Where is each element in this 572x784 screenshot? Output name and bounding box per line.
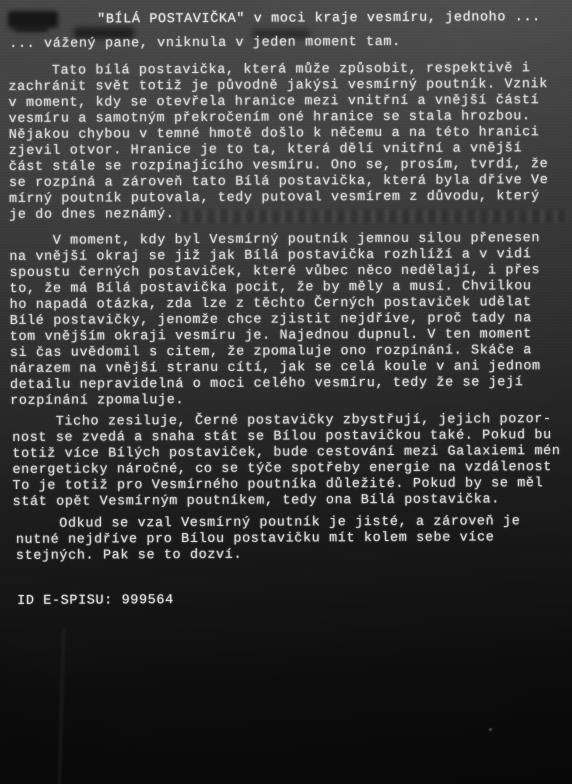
document-title: "BÍLÁ POSTAVIČKA" v moci kraje vesmíru, … xyxy=(97,10,541,28)
salutation-line: ... vážený pane, vniknula v jeden moment… xyxy=(9,35,401,53)
page-text-layer: "BÍLÁ POSTAVIČKA" v moci kraje vesmíru, … xyxy=(0,0,572,784)
typewritten-document-photo: "BÍLÁ POSTAVIČKA" v moci kraje vesmíru, … xyxy=(0,0,572,784)
paragraph-3: Ticho zesiluje, Černé postavičky zbystřu… xyxy=(12,412,561,511)
paragraph-4: Odkud se vzal Vesmírný poutník je jisté,… xyxy=(16,514,521,565)
paragraph-1: Tato bílá postavička, která může způsobi… xyxy=(8,61,548,224)
document-id-number: ID E-SPISU: 999564 xyxy=(17,593,174,610)
paragraph-2: V moment, kdy byl Vesmírný poutník jemno… xyxy=(9,231,541,410)
